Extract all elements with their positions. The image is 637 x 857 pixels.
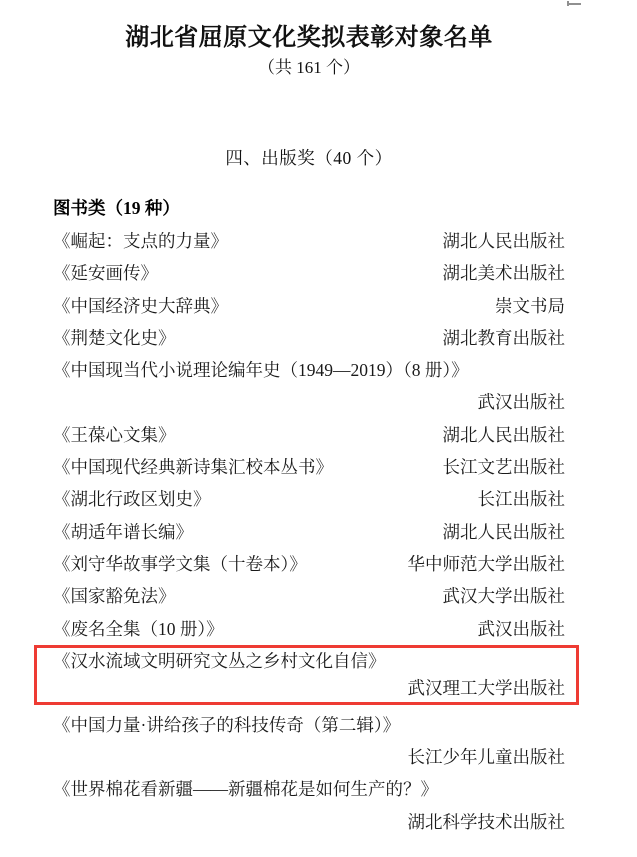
book-publisher: 湖北人民出版社 — [443, 516, 566, 548]
book-row: 《世界棉花看新疆——新疆棉花是如何生产的？》 湖北科学技术出版社 — [53, 773, 565, 838]
document-content: 湖北省屈原文化奖拟表彰对象名单 （共 161 个） 四、出版奖（40 个） 图书… — [53, 0, 565, 838]
book-publisher: 湖北科学技术出版社 — [53, 806, 565, 838]
book-publisher: 长江文艺出版社 — [443, 451, 566, 483]
book-title: 《湖北行政区划史》 — [53, 483, 211, 515]
book-publisher: 武汉出版社 — [478, 613, 566, 645]
book-title: 《中国现代经典新诗集汇校本丛书》 — [53, 451, 333, 483]
scan-artifact-mark — [567, 1, 581, 6]
book-title: 《中国现当代小说理论编年史（1949—2019）（8 册）》 — [53, 354, 565, 386]
book-row: 《王葆心文集》 湖北人民出版社 — [53, 419, 565, 451]
book-title: 《崛起：支点的力量》 — [53, 225, 228, 257]
book-publisher: 湖北教育出版社 — [443, 322, 566, 354]
book-title: 《中国力量·讲给孩子的科技传奇（第二辑）》 — [53, 709, 565, 741]
book-publisher: 长江少年儿童出版社 — [53, 741, 565, 773]
book-title: 《刘守华故事学文集（十卷本）》 — [53, 548, 307, 580]
book-row: 《刘守华故事学文集（十卷本）》 华中师范大学出版社 — [53, 548, 565, 580]
book-publisher: 湖北人民出版社 — [443, 225, 566, 257]
book-row: 《废名全集（10 册）》 武汉出版社 — [53, 613, 565, 645]
book-publisher: 崇文书局 — [495, 290, 565, 322]
artifact-horizontal-stroke — [567, 3, 581, 5]
category-heading: 图书类（19 种） — [53, 198, 565, 218]
book-row: 《国家豁免法》 武汉大学出版社 — [53, 580, 565, 612]
book-title: 《国家豁免法》 — [53, 580, 176, 612]
book-list: 《崛起：支点的力量》 湖北人民出版社 《延安画传》 湖北美术出版社 《中国经济史… — [53, 225, 565, 838]
book-publisher: 武汉大学出版社 — [443, 580, 566, 612]
book-row: 《中国经济史大辞典》 崇文书局 — [53, 290, 565, 322]
book-row: 《荆楚文化史》 湖北教育出版社 — [53, 322, 565, 354]
section-heading: 四、出版奖（40 个） — [53, 147, 565, 169]
book-title: 《废名全集（10 册）》 — [53, 613, 224, 645]
book-publisher: 华中师范大学出版社 — [408, 548, 566, 580]
book-row: 《中国现代经典新诗集汇校本丛书》 长江文艺出版社 — [53, 451, 565, 483]
highlight-box: 《汉水流域文明研究文丛之乡村文化自信》 武汉理工大学出版社 — [34, 645, 579, 705]
book-row: 《湖北行政区划史》 长江出版社 — [53, 483, 565, 515]
book-row: 《中国力量·讲给孩子的科技传奇（第二辑）》 长江少年儿童出版社 — [53, 709, 565, 774]
book-title: 《胡适年谱长编》 — [53, 516, 193, 548]
book-title: 《世界棉花看新疆——新疆棉花是如何生产的？》 — [53, 773, 565, 805]
document-page: 湖北省屈原文化奖拟表彰对象名单 （共 161 个） 四、出版奖（40 个） 图书… — [0, 0, 637, 857]
book-title: 《汉水流域文明研究文丛之乡村文化自信》 — [53, 648, 565, 675]
book-publisher: 湖北美术出版社 — [443, 257, 566, 289]
book-title: 《荆楚文化史》 — [53, 322, 176, 354]
book-publisher: 长江出版社 — [478, 483, 566, 515]
book-row: 《崛起：支点的力量》 湖北人民出版社 — [53, 225, 565, 257]
book-title: 《王葆心文集》 — [53, 419, 176, 451]
book-publisher: 湖北人民出版社 — [443, 419, 566, 451]
book-row: 《中国现当代小说理论编年史（1949—2019）（8 册）》 武汉出版社 — [53, 354, 565, 419]
book-publisher: 武汉理工大学出版社 — [53, 675, 565, 702]
book-row: 《延安画传》 湖北美术出版社 — [53, 257, 565, 289]
page-title: 湖北省屈原文化奖拟表彰对象名单 — [53, 0, 565, 53]
book-row: 《胡适年谱长编》 湖北人民出版社 — [53, 516, 565, 548]
book-title: 《延安画传》 — [53, 257, 158, 289]
total-count-note: （共 161 个） — [53, 53, 565, 83]
book-publisher: 武汉出版社 — [53, 386, 565, 418]
book-title: 《中国经济史大辞典》 — [53, 290, 228, 322]
